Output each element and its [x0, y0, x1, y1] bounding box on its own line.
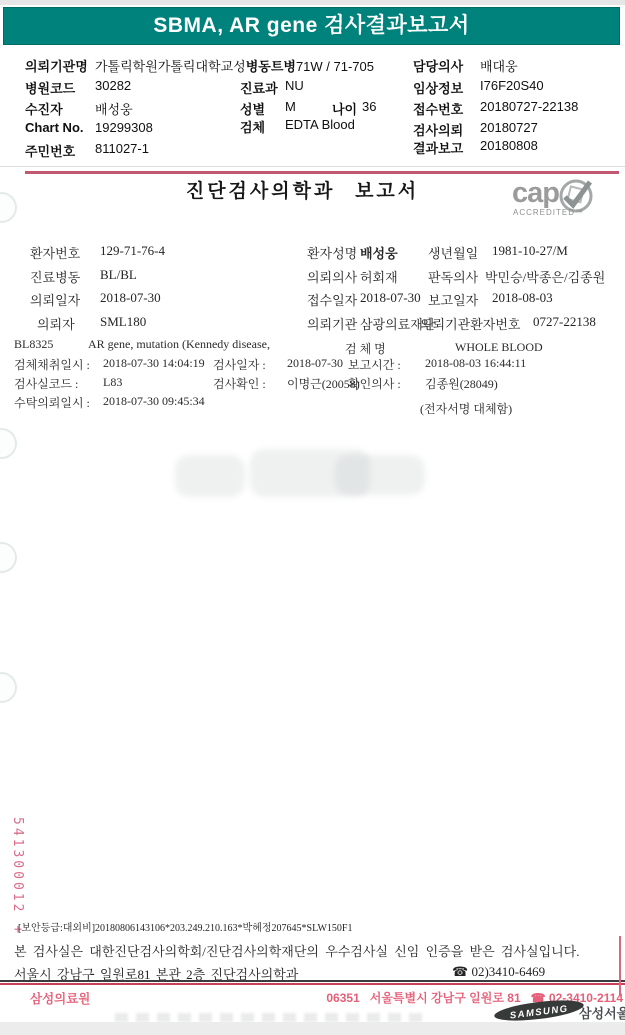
ref-org-patient-no-label: 의뢰기관환자번호 — [420, 314, 520, 333]
result-date-label: 결과보고 — [413, 138, 463, 157]
order-date2-label: 의뢰일자 — [30, 290, 80, 309]
cap-accredited-logo: cap ACCREDITED™ — [512, 181, 622, 223]
requesting-org-part2: 병동트병 — [246, 59, 296, 74]
result-date-value: 20180808 — [480, 138, 538, 153]
requesting-org-part1: 가톨릭학원가톨릭대학교성 — [95, 59, 246, 74]
watermark-blob — [335, 455, 425, 495]
section-divider — [0, 166, 625, 167]
footer-separator-red — [0, 983, 625, 985]
sex-value: M — [285, 99, 296, 114]
doctor-label: 담당의사 — [413, 56, 463, 75]
cap-accredited-text: ACCREDITED™ — [513, 208, 584, 217]
punch-hole — [0, 428, 17, 459]
report-banner: SBMA, AR gene 검사결과보고서 — [3, 7, 620, 45]
patient-value: 배성웅 — [95, 99, 133, 118]
scan-edge-mark — [619, 936, 621, 996]
phone-icon: ☎ — [452, 964, 468, 979]
footer-street: 서울특별시 강남구 일원로 81 — [370, 991, 521, 1005]
footer-zip: 06351 — [326, 991, 359, 1005]
patient-no-value: 129-71-76-4 — [100, 243, 165, 259]
receipt-date-value: 2018-07-30 — [360, 290, 421, 306]
birth-label: 생년월일 — [428, 243, 478, 262]
order-date2-value: 2018-07-30 — [100, 290, 161, 306]
report-date-label: 보고일자 — [428, 290, 478, 309]
cap-logo-text: cap — [512, 177, 559, 210]
readers-value: 박민승/박종은/김종원 — [485, 267, 605, 286]
requesting-org-label: 의뢰기관명 — [25, 56, 88, 75]
punch-hole — [0, 672, 17, 703]
ref-doctor-value: 허회재 — [360, 267, 398, 286]
requesting-org-value: 가톨릭학원가톨릭대학교성병동트병71W / 71-705 — [95, 56, 374, 75]
hospital-name: 삼성서울병원 — [579, 1003, 625, 1022]
specimen-name-value: WHOLE BLOOD — [455, 340, 543, 355]
specimen-name-label: 검 체 명 — [345, 340, 386, 357]
cert-line: 본 검사실은 대한진단검사의학회/진단검사의학재단의 우수검사실 신임 인증을 … — [14, 941, 580, 960]
test-date-value: 2018-07-30 — [287, 356, 343, 371]
scan-top-strip — [0, 0, 625, 5]
resident-id-value: 811027-1 — [95, 141, 149, 156]
order-date-value: 20180727 — [480, 120, 538, 135]
ref-org-patient-no-value: 0727-22138 — [533, 314, 596, 330]
clinical-info-value: I76F20S40 — [480, 78, 544, 93]
lab-phone: ☎ 02)3410-6469 — [452, 964, 545, 980]
lab-code-label: 검사실코드 : — [14, 375, 78, 392]
specimen-value: EDTA Blood — [285, 117, 355, 132]
collect-value: 2018-07-30 14:04:19 — [103, 356, 205, 371]
faded-footer-text — [115, 1013, 425, 1022]
age-label: 나이 — [332, 99, 357, 118]
order-date-label: 검사의뢰 — [413, 120, 463, 139]
requesting-org-part3: 71W / 71-705 — [296, 59, 374, 74]
footer-separator-dark — [0, 980, 625, 982]
request-value: 2018-07-30 09:45:34 — [103, 394, 205, 409]
dept-value: NU — [285, 78, 304, 93]
ward-value: BL/BL — [100, 267, 137, 283]
patient-label: 수진자 — [25, 99, 63, 118]
lab-report-page: SBMA, AR gene 검사결과보고서 의뢰기관명 가톨릭학원가톨릭대학교성… — [0, 0, 625, 1035]
hospital-code-label: 병원코드 — [25, 78, 75, 97]
security-line: [보안등급:대외비]20180806143106*203.249.210.163… — [18, 919, 352, 934]
ref-org-label: 의뢰기관 — [307, 314, 357, 333]
requester-value: SML180 — [100, 314, 146, 330]
accent-divider — [25, 171, 619, 174]
lab-phone-number: 02)3410-6469 — [471, 964, 545, 979]
receipt-date-label: 접수일자 — [307, 290, 357, 309]
esign-note: (전자서명 대체함) — [420, 400, 512, 417]
report-time-value: 2018-08-03 16:44:11 — [425, 356, 526, 371]
report-time-label: 보고시간 : — [348, 356, 401, 373]
confirm-label: 확인의사 : — [348, 375, 401, 392]
lab-code-value: L83 — [103, 375, 122, 390]
scan-bottom-strip — [0, 1022, 625, 1035]
birth-value: 1981-10-27/M — [492, 243, 568, 259]
verify-label: 검사확인 : — [213, 375, 266, 392]
samsung-logo-text: SAMSUNG — [509, 1003, 569, 1021]
accession-no-label: 접수번호 — [413, 99, 463, 118]
report-date-value: 2018-08-03 — [492, 290, 553, 306]
chart-no-value: 19299308 — [95, 120, 153, 135]
request-label: 수탁의뢰일시 : — [14, 394, 90, 411]
punch-hole — [0, 542, 17, 573]
ward-label: 진료병동 — [30, 267, 80, 286]
ref-doctor-label: 의뢰의사 — [307, 267, 357, 286]
accession-no-value: 20180727-22138 — [480, 99, 578, 114]
footer-org: 삼성의료원 — [30, 989, 90, 1007]
watermark-blob — [175, 455, 245, 497]
doctor-value: 배대웅 — [480, 56, 518, 75]
patient-name-value: 배성웅 — [360, 243, 398, 262]
sex-label: 성별 — [240, 99, 265, 118]
test-date-label: 검사일자 : — [213, 356, 266, 373]
collect-label: 검체채취일시 : — [14, 356, 90, 373]
hospital-code-value: 30282 — [95, 78, 131, 93]
readers-label: 판독의사 — [428, 267, 478, 286]
patient-name-label: 환자성명 — [307, 243, 357, 262]
age-value: 36 — [362, 99, 376, 114]
test-code: BL8325 — [14, 337, 53, 352]
test-name: AR gene, mutation (Kennedy disease, — [88, 337, 270, 352]
clinical-info-label: 임상정보 — [413, 78, 463, 97]
patient-no-label: 환자번호 — [30, 243, 80, 262]
confirm-value: 김종원(28049) — [425, 375, 498, 392]
chart-no-label: Chart No. — [25, 120, 84, 135]
resident-id-label: 주민번호 — [25, 141, 75, 160]
specimen-label: 검체 — [240, 117, 265, 136]
requester-label: 의뢰자 — [37, 314, 75, 333]
dept-label: 진료과 — [240, 78, 278, 97]
banner-title: SBMA, AR gene 검사결과보고서 — [153, 14, 469, 37]
